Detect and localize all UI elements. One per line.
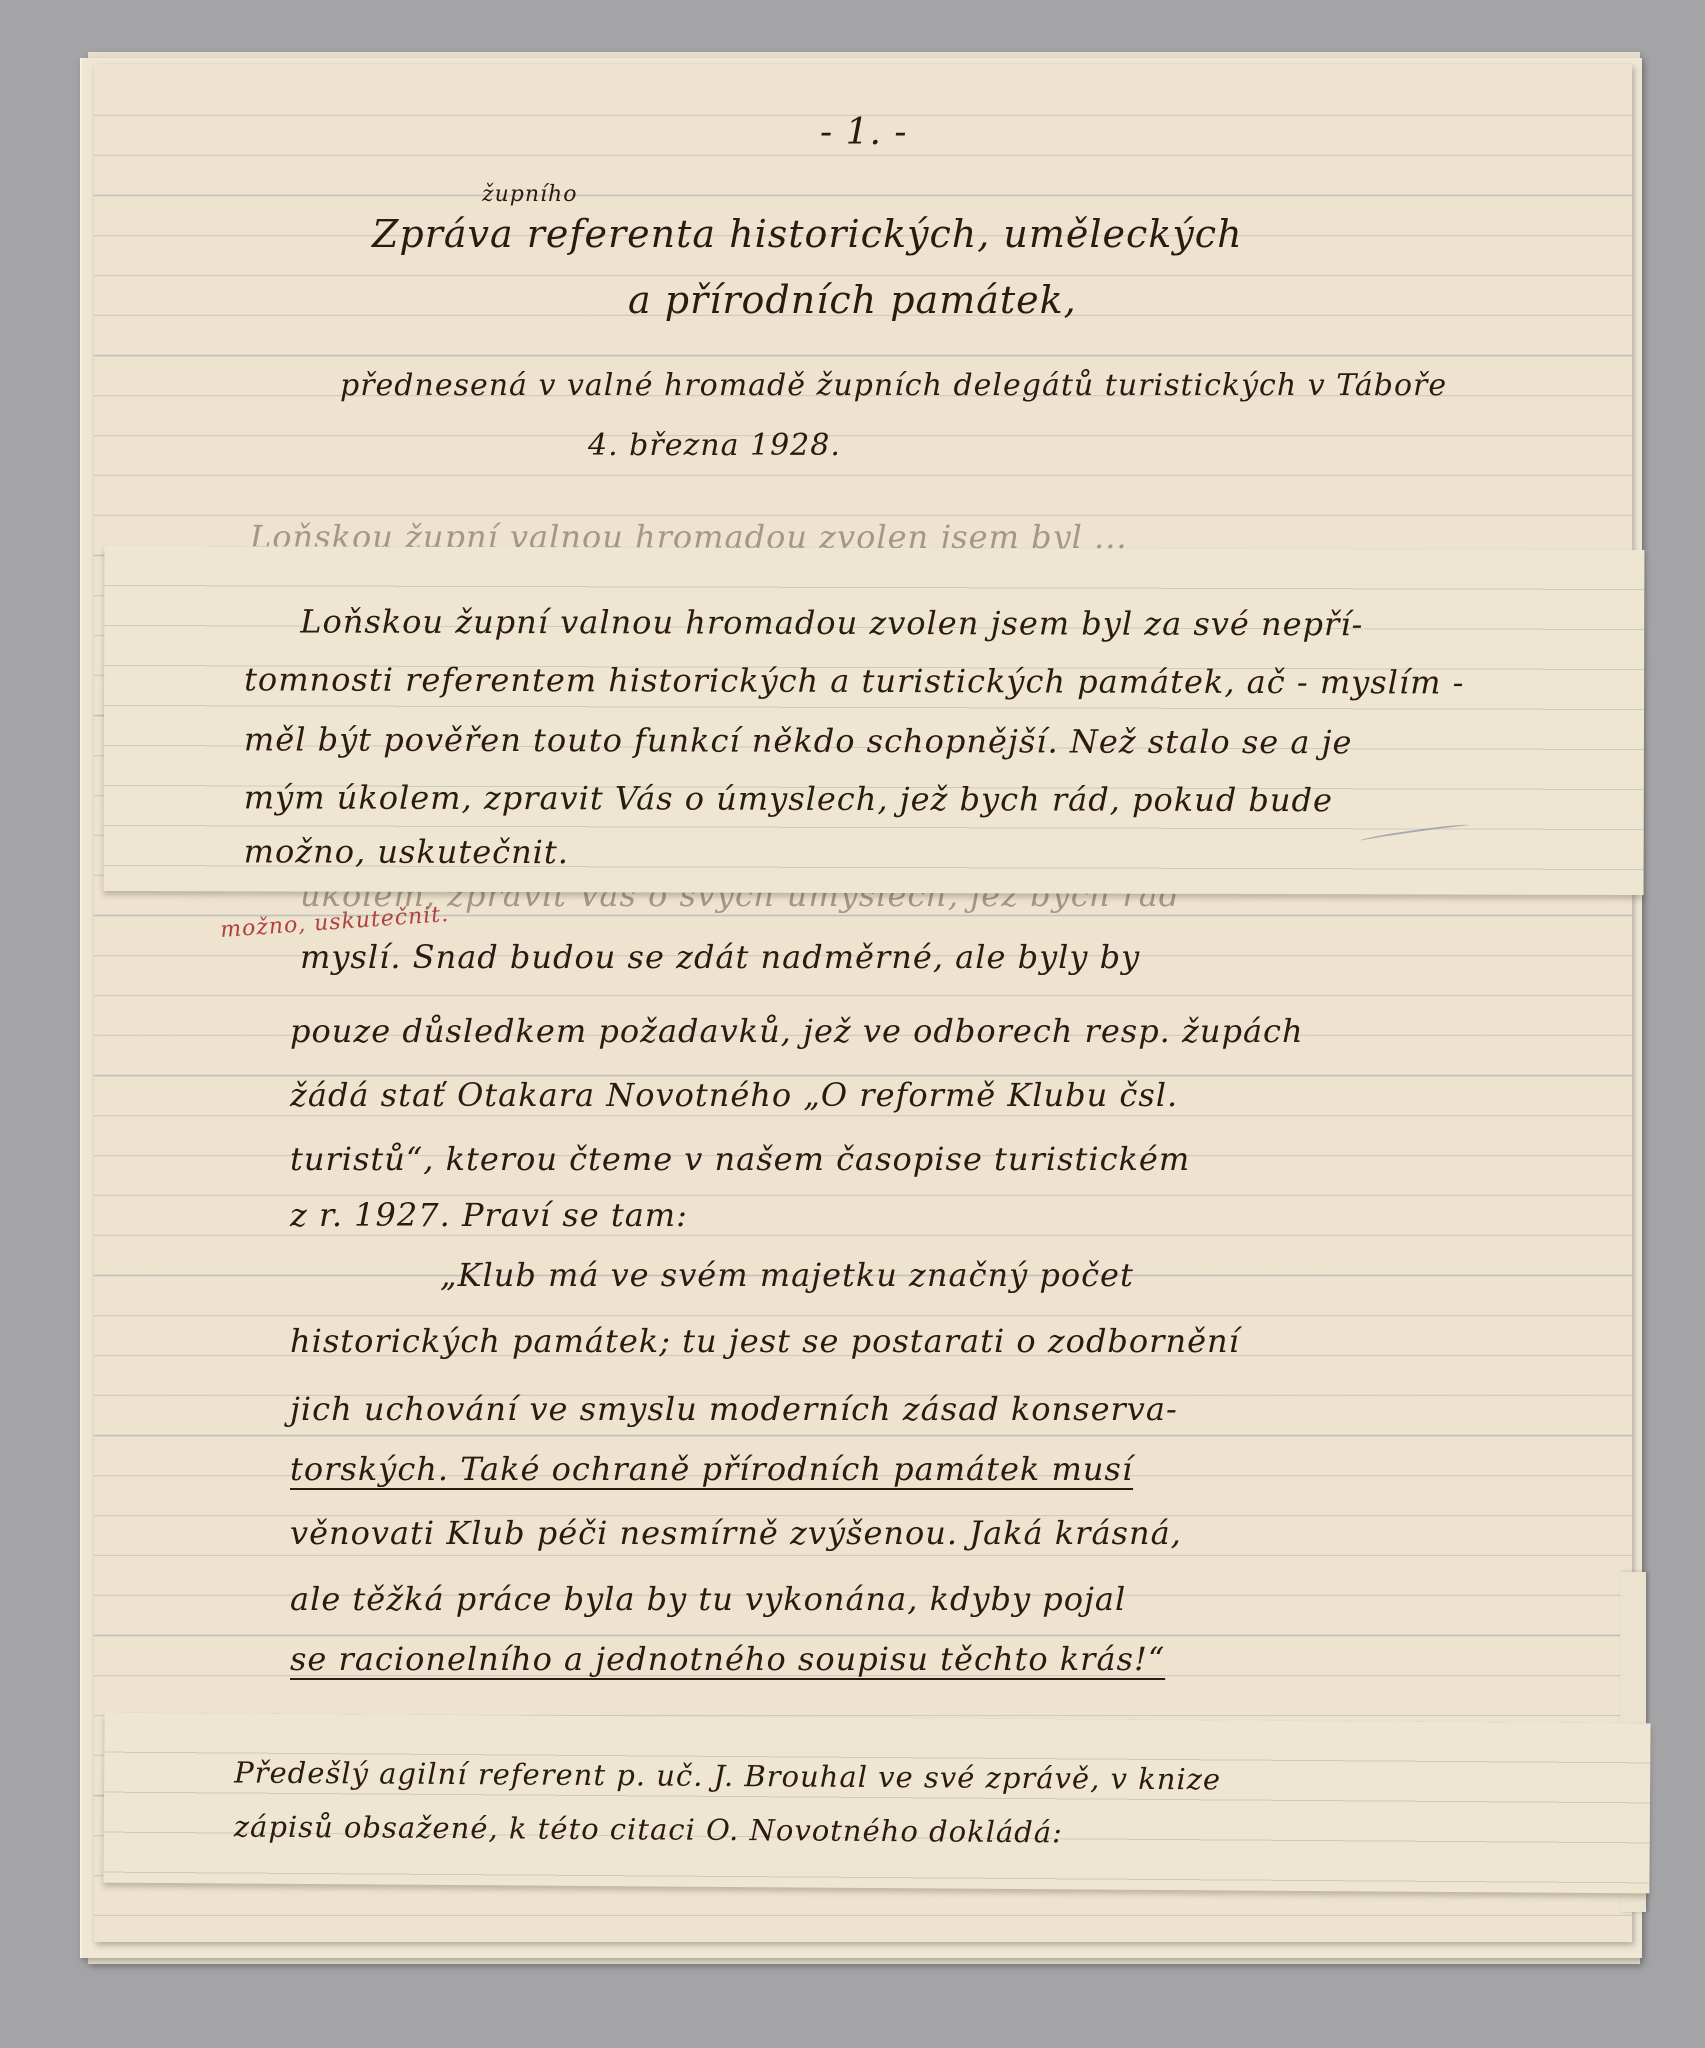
strip2-line: Předešlý agilní referent p. uč. J. Brouh… — [234, 1756, 1221, 1797]
quote-line: „Klub má ve svém majetku značný počet — [440, 1256, 1134, 1294]
quote-line-underlined: torských. Také ochraně přírodních památe… — [290, 1450, 1133, 1488]
subtitle-line-1: přednesená v valné hromadě župních deleg… — [340, 368, 1447, 403]
quote-line: věnovati Klub péči nesmírně zvýšenou. Ja… — [290, 1514, 1182, 1552]
body-line: myslí. Snad budou se zdát nadměrné, ale … — [300, 938, 1140, 976]
title-line-1: Zpráva referenta historických, uměleckýc… — [372, 212, 1243, 256]
quote-line: historických památek; tu jest se postara… — [290, 1322, 1240, 1360]
title-line-2: a přírodních památek, — [628, 278, 1077, 322]
quote-line: ale těžká práce byla by tu vykonána, kdy… — [290, 1580, 1126, 1618]
body-line: z r. 1927. Praví se tam: — [290, 1196, 688, 1234]
strip2-line: zápisů obsažené, k této citaci O. Novotn… — [234, 1810, 1063, 1850]
body-line: žádá stať Otakara Novotného „O reformě K… — [290, 1076, 1178, 1114]
page-number: - 1. - — [820, 112, 908, 153]
quote-line-underlined: se racionelního a jednotného soupisu těc… — [290, 1640, 1165, 1678]
body-line: turistů“, kterou čteme v našem časopise … — [290, 1140, 1190, 1178]
title-insertion: župního — [482, 182, 577, 207]
strip1-line: měl být pověřen touto funkcí někdo schop… — [244, 720, 1353, 761]
body-line: pouze důsledkem požadavků, jež ve odbore… — [290, 1012, 1304, 1050]
strip1-line: tomnosti referentem historických a turis… — [244, 660, 1464, 701]
subtitle-line-2: 4. března 1928. — [588, 428, 841, 463]
quote-line: jich uchování ve smyslu moderních zásad … — [290, 1390, 1178, 1428]
pasted-strip-1: Loňskou župní valnou hromadou zvolen jse… — [104, 546, 1645, 895]
pasted-strip-2: Předešlý agilní referent p. uč. J. Brouh… — [103, 1713, 1650, 1894]
strip1-line: mým úkolem, zpravit Vás o úmyslech, jež … — [244, 778, 1333, 819]
strip1-line: možno, uskutečnit. — [244, 832, 569, 871]
strip1-line: Loňskou župní valnou hromadou zvolen jse… — [300, 602, 1363, 643]
